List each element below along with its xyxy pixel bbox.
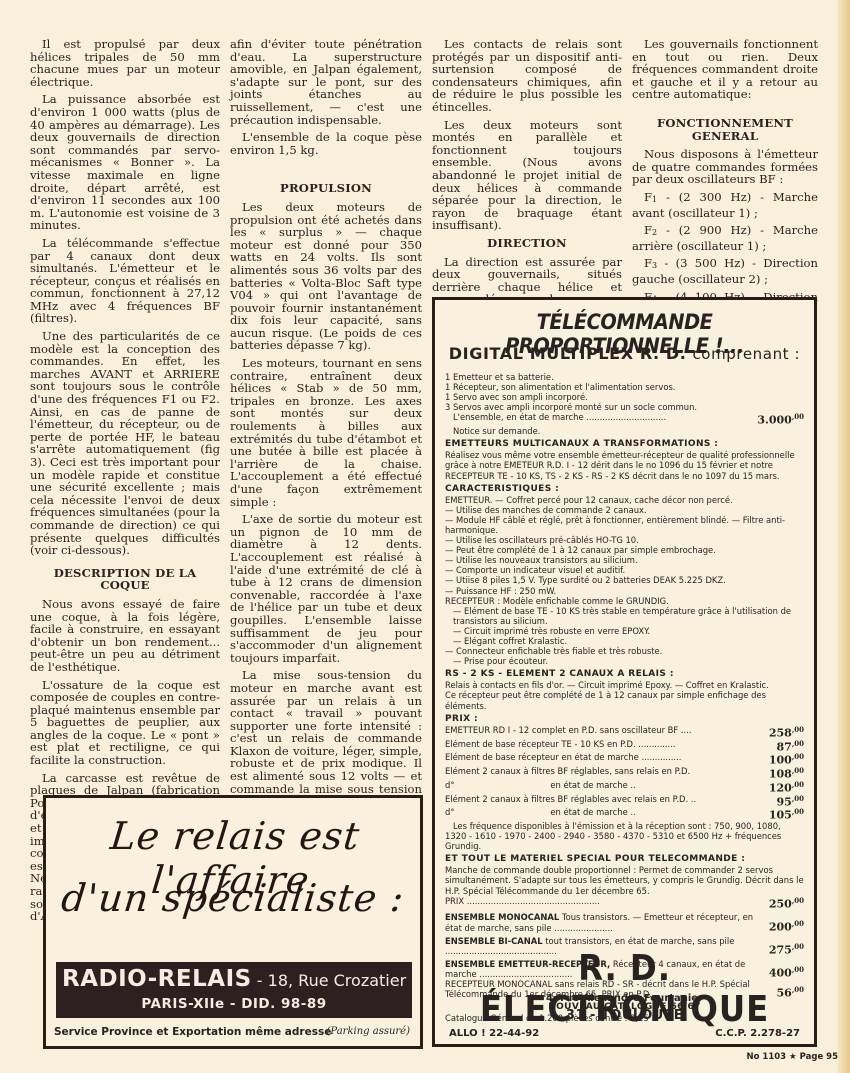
- ad-subtitle: DIGITAL MULTIPLEX R. D.comprenant :: [435, 344, 814, 363]
- paragraph: Les moteurs, tournant en sens contraire,…: [230, 357, 422, 508]
- ad-script-line-2: d'un spécialiste :: [44, 876, 423, 920]
- paragraph: Les contacts de relais sont protégés par…: [432, 38, 622, 114]
- paragraph: Nous disposons à l'émetteur de quatre co…: [632, 148, 818, 186]
- ad-text: Ce récepteur peut être complété de 1 à 1…: [445, 690, 804, 710]
- ad-text: Les fréquence disponibles à l'émission e…: [445, 821, 804, 851]
- spec-line: RECEPTEUR : Modèle enfichable comme le G…: [445, 596, 804, 606]
- price-row: Elément 2 canaux à filtres BF réglables …: [445, 794, 804, 808]
- frequency-item: F2 - (2 900 Hz) - Marche arrière (oscill…: [632, 224, 818, 252]
- advertisement-rd-electronique: TÉLÉCOMMANDE PROPORTIONNELLE !... DIGITA…: [432, 297, 817, 1047]
- kit-notice: Notice sur demande.: [445, 426, 804, 436]
- frequency-item: F1 - (2 300 Hz) - Marche avant (oscillat…: [632, 191, 818, 219]
- price-row: Elément de base récepteur TE - 10 KS en …: [445, 739, 804, 753]
- ad-heading-rs: RS - 2 KS - ELEMENT 2 CANAUX A RELAIS :: [445, 669, 804, 679]
- kit-item: 1 Récepteur, son alimentation et l'alime…: [445, 382, 804, 392]
- spec-line: — Utilise des manches de commande 2 cana…: [445, 505, 804, 515]
- kit-item: 3 Servos avec ampli incorporé monté sur …: [445, 402, 804, 412]
- section-heading-coque: DESCRIPTION DE LA COQUE: [30, 567, 220, 592]
- price-row: d° en état de marche ..105,00: [445, 807, 804, 821]
- ad-phone: ALLO ! 22-44-92: [449, 1028, 539, 1039]
- price: 3.000,00: [757, 412, 804, 426]
- paragraph: Il est propulsé par deux hélices tripale…: [30, 38, 220, 88]
- price-row: Elément de base récepteur en état de mar…: [445, 752, 804, 766]
- article-column-2: afin d'éviter toute pénétration d'eau. L…: [230, 38, 422, 901]
- paragraph: L'ensemble de la coque pèse environ 1,5 …: [230, 131, 422, 156]
- paragraph: La télécommande s'effectue par 4 canaux …: [30, 237, 220, 325]
- spec-line: — Utiise 8 piles 1,5 V. Type surdité ou …: [445, 575, 804, 585]
- spec-line: — Utilise les nouveaux transistors au si…: [445, 555, 804, 565]
- paragraph: Les deux moteurs sont montés en parallèl…: [432, 119, 622, 232]
- spec-line: — Prise pour écouteur.: [445, 656, 804, 666]
- page-edge: [838, 0, 850, 1073]
- paragraph: Nous avons essayé de faire une coque, à …: [30, 598, 220, 674]
- spec-line: — Circuit imprimé très robuste en verre …: [445, 626, 804, 636]
- advertisement-radio-relais: Le relais est l'affaire d'un spécialiste…: [43, 795, 423, 1049]
- spec-line: — Comporte un indicateur visuel et audit…: [445, 565, 804, 575]
- ad-footer: Service Province et Exportation même adr…: [54, 1026, 410, 1038]
- ad-text: Relais à contacts en fils d'or. — Circui…: [445, 680, 804, 690]
- ad-city: 31 - TOULOUSE: [435, 1008, 814, 1023]
- paragraph: L'axe de sortie du moteur est un pignon …: [230, 513, 422, 664]
- price-row: Elément 2 canaux à filtres BF réglables,…: [445, 766, 804, 780]
- spec-line: — Elégant coffret Kralastic.: [445, 636, 804, 646]
- ad-brand-band: RADIO-RELAIS - 18, Rue Crozatier PARIS-X…: [56, 962, 412, 1018]
- price-row: EMETTEUR RD I - 12 complet en P.D. sans …: [445, 725, 804, 739]
- paragraph: afin d'éviter toute pénétration d'eau. L…: [230, 38, 422, 126]
- section-heading-direction: DIRECTION: [432, 237, 622, 250]
- kit-price-row: L'ensemble, en état de marche ..........…: [445, 412, 804, 426]
- kit-item: 1 Emetteur et sa batterie.: [445, 372, 804, 382]
- price-row: d° en état de marche ..120,00: [445, 780, 804, 794]
- spec-line: — Module HF câblé et réglé, prêt à fonct…: [445, 515, 804, 535]
- paragraph: La puissance absorbée est d'environ 1 00…: [30, 93, 220, 232]
- ad-parking-note: (Parking assuré): [327, 1026, 410, 1037]
- spec-line: EMETTEUR. — Coffret percé pour 12 canaux…: [445, 495, 804, 505]
- article-column-4: Les gouvernails fonctionnent en tout ou …: [632, 38, 818, 324]
- spec-line: — Connecteur enfichable très fiable et t…: [445, 646, 804, 656]
- paragraph: Une des particularités de ce modèle est …: [30, 330, 220, 557]
- ad-ccp: C.C.P. 2.278-27: [715, 1028, 800, 1039]
- spec-line: — Peut être complété de 1 à 12 canaux pa…: [445, 545, 804, 555]
- page-folio: No 1103 ★ Page 95: [747, 1052, 838, 1062]
- spec-line: — Utilise les oscillateurs pré-câblés HO…: [445, 535, 804, 545]
- paragraph: Les deux moteurs de propulsion ont été a…: [230, 201, 422, 352]
- paragraph: L'ossature de la coque est composée de c…: [30, 679, 220, 767]
- ad-heading-caracteristiques: CARACTERISTIQUES :: [445, 484, 804, 494]
- paragraph: Les gouvernails fonctionnent en tout ou …: [632, 38, 818, 101]
- ad-body: 1 Emetteur et sa batterie. 1 Récepteur, …: [445, 372, 804, 1023]
- ad-heading-prix: PRIX :: [445, 714, 804, 724]
- ad-heading-multicanaux: EMETTEURS MULTICANAUX A TRANSFORMATIONS …: [445, 439, 804, 449]
- ad-text: Réalisez vous même votre ensemble émette…: [445, 450, 804, 480]
- spec-line: — Puissance HF : 250 mW.: [445, 586, 804, 596]
- price-row: PRIX ...................................…: [445, 896, 804, 910]
- spec-line: — Elément de base TE - 10 KS très stable…: [445, 606, 804, 626]
- ad-text: Manche de commande double proportionnel …: [445, 865, 804, 895]
- kit-item: 1 Servo avec son ampli incorporé.: [445, 392, 804, 402]
- ad-brand: RADIO-RELAIS: [62, 966, 252, 992]
- ad-street: 4, rue Alexandre-Fourtanier: [435, 993, 814, 1004]
- ad-address: - 18, Rue Crozatier: [252, 971, 406, 990]
- ad-city-phone: PARIS-XIIe - DID. 98-89: [56, 996, 412, 1012]
- frequency-item: F3 - (3 500 Hz) - Direction gauche (osci…: [632, 257, 818, 285]
- ad-heading-materiel: ET TOUT LE MATERIEL SPECIAL POUR TELECOM…: [445, 854, 804, 864]
- section-heading-propulsion: PROPULSION: [230, 182, 422, 195]
- section-heading-fonctionnement: FONCTIONNEMENT GENERAL: [632, 117, 818, 142]
- set-row: ENSEMBLE MONOCANAL Tous transistors. — E…: [445, 912, 804, 932]
